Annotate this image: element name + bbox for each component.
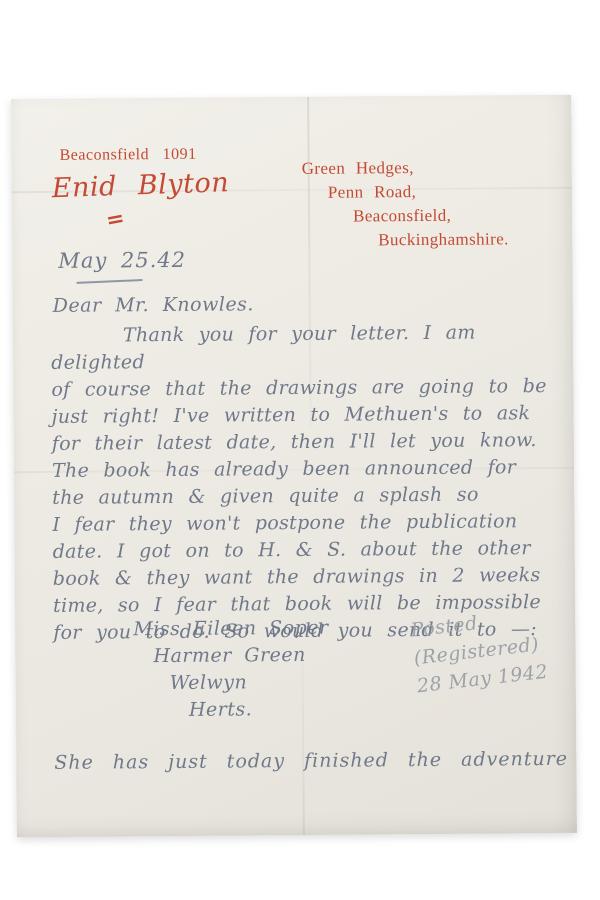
letter-photograph: Beaconsfield 1091 Enid Blyton = Green He… bbox=[11, 95, 577, 837]
signature-underline-mark: = bbox=[104, 205, 127, 234]
body-line: I fear they won't postpone the publicati… bbox=[52, 508, 564, 539]
recipient-address: Miss Eileen Soper Harmer Green Welwyn He… bbox=[133, 615, 329, 725]
body-line: of course that the drawings are going to… bbox=[51, 373, 563, 404]
pencil-postal-note: Posted (Registered) 28 May 1942 bbox=[409, 599, 579, 701]
date-underline bbox=[77, 279, 143, 284]
recipient-address-line: Miss Eileen Soper bbox=[133, 615, 329, 644]
letterhead-address-line: Penn Road, bbox=[328, 179, 509, 204]
letterhead-address-line: Buckinghamshire. bbox=[378, 227, 509, 252]
recipient-address-line: Herts. bbox=[189, 696, 330, 724]
body-line: date. I got on to H. & S. about the othe… bbox=[53, 535, 565, 566]
body-line: book & they want the drawings in 2 weeks bbox=[53, 562, 565, 593]
letterhead-address-line: Green Hedges, bbox=[302, 155, 509, 181]
letter-body: Thank you for your letter. I am delighte… bbox=[51, 319, 566, 647]
recipient-address-line: Welwyn bbox=[170, 669, 330, 697]
recipient-address-line: Harmer Green bbox=[153, 642, 329, 670]
letterhead-address-line: Beaconsfield, bbox=[353, 203, 509, 228]
letter-date: May 25.42 bbox=[58, 248, 186, 273]
body-line: Thank you for your letter. I am delighte… bbox=[51, 319, 563, 377]
letterhead-address: Green Hedges, Penn Road, Beaconsfield, B… bbox=[302, 155, 509, 253]
body-line: the autumn & given quite a splash so bbox=[52, 481, 564, 512]
closing-line: She has just today finished the adventur… bbox=[54, 748, 568, 774]
letterhead-printed-signature: Enid Blyton bbox=[51, 167, 229, 204]
body-line: just right! I've written to Methuen's to… bbox=[52, 400, 564, 431]
body-line: The book has already been announced for bbox=[52, 454, 564, 485]
letterhead-phone: Beaconsfield 1091 bbox=[59, 146, 196, 165]
body-line: for their latest date, then I'll let you… bbox=[52, 427, 564, 458]
salutation: Dear Mr. Knowles. bbox=[53, 293, 254, 317]
